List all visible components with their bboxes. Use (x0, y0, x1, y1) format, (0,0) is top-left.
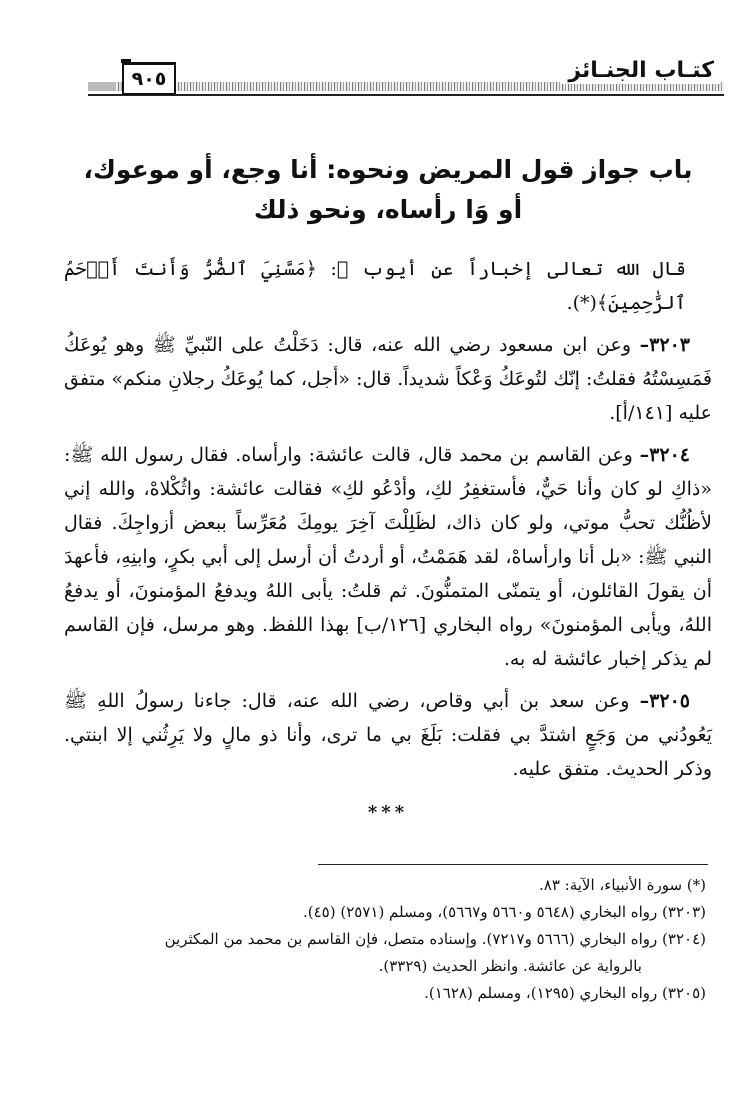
running-title: كتـاب الجنـائز (562, 58, 720, 84)
footnote-3203: (٣٢٠٣) رواه البخاري (٥٦٤٨ و٥٦٦٠ و٥٦٦٧)، … (64, 899, 712, 926)
hadith-text: وعن القاسم بن محمد قال، قالت عائشة: وارأ… (64, 444, 712, 670)
hadith-text: وعن سعد بن أبي وقاص، رضي الله عنه، قال: … (64, 690, 712, 780)
hadith-3204: ٣٢٠٤– وعن القاسم بن محمد قال، قالت عائشة… (64, 438, 712, 676)
page-number: ٩٠٥ (122, 62, 176, 95)
footnote-quran: (*) سورة الأنبياء، الآية: ٨٣. (64, 872, 712, 899)
chapter-title-line-1: باب جواز قول المريض ونحوه: أنا وجع، أو م… (80, 150, 696, 190)
hadith-text: وعن ابن مسعود رضي الله عنه، قال: دَخَلْت… (64, 334, 712, 424)
footnote-3204-continued: بالرواية عن عائشة. وانظر الحديث (٣٣٢٩). (64, 953, 712, 980)
hadith-3205: ٣٢٠٥– وعن سعد بن أبي وقاص، رضي الله عنه،… (64, 684, 712, 786)
book-page: كتـاب الجنـائز ٩٠٥ باب جواز قول المريض و… (0, 0, 756, 1095)
hadith-number: ٣٢٠٣– (640, 334, 690, 356)
hadith-number: ٣٢٠٥– (640, 690, 690, 712)
footnote-3204: (٣٢٠٤) رواه البخاري (٥٦٦٦ و٧٢١٧). وإسناد… (64, 926, 712, 953)
header-ornament-chip (88, 82, 116, 91)
header-rule (88, 94, 724, 96)
hadith-number: ٣٢٠٤– (640, 444, 690, 466)
main-text: قال الله تعالى إخباراً عن أيوب ﷺ: ﴿مَسَّ… (64, 252, 712, 830)
page-header: كتـاب الجنـائز ٩٠٥ (88, 58, 724, 98)
footnotes: (*) سورة الأنبياء، الآية: ٨٣. (٣٢٠٣) روا… (64, 872, 712, 1007)
hadith-3203: ٣٢٠٣– وعن ابن مسعود رضي الله عنه، قال: د… (64, 328, 712, 430)
footnote-rule (318, 864, 708, 865)
chapter-title-line-2: أو وَا رأساه، ونحو ذلك (80, 190, 696, 230)
intro-paragraph: قال الله تعالى إخباراً عن أيوب ﷺ: ﴿مَسَّ… (64, 252, 712, 320)
footnote-3205: (٣٢٠٥) رواه البخاري (١٢٩٥)، ومسلم (١٦٢٨)… (64, 980, 712, 1007)
chapter-heading: باب جواز قول المريض ونحوه: أنا وجع، أو م… (80, 150, 696, 230)
section-separator: *** (64, 796, 712, 830)
